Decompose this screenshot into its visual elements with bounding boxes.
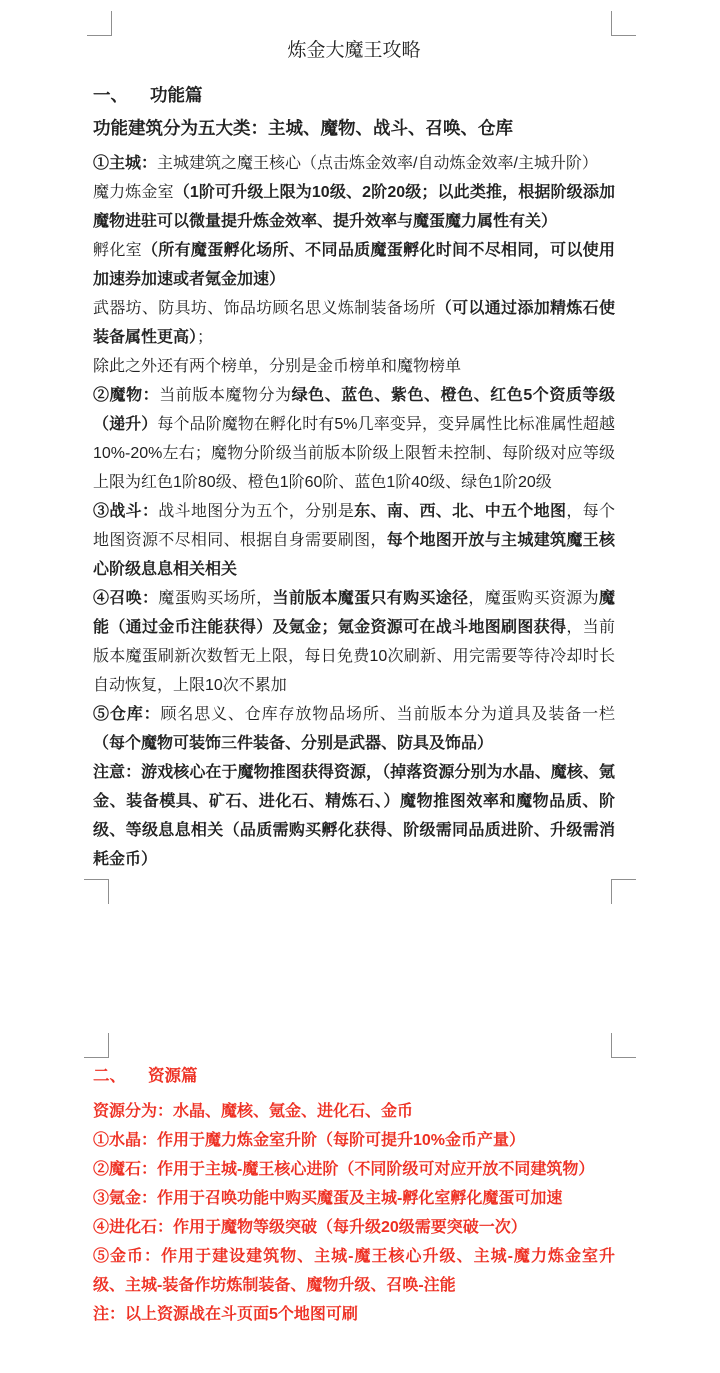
page1-top-right-margin-mark [611,11,636,36]
paragraph: ③氪金：作用于召唤功能中购买魔蛋及主城-孵化室孵化魔蛋可加速 [93,1184,615,1213]
paragraph: ②魔石：作用于主城-魔王核心进阶（不同阶级可对应开放不同建筑物） [93,1155,615,1184]
paragraph: 注：以上资源战在斗页面5个地图可刷 [93,1300,615,1329]
section1-paragraphs: ①主城：主城建筑之魔王核心（点击炼金效率/自动炼金效率/主城升阶）魔力炼金室（1… [93,149,615,874]
section1-heading-title: 功能篇 [150,85,203,105]
text-segment: 魔力炼金室 [93,184,174,201]
section2-heading: 二、资源篇 [93,1062,615,1091]
text-segment: 魔蛋购买场所， [158,590,272,607]
page2-top-right-margin-mark [611,1033,636,1058]
section2-heading-title: 资源篇 [148,1067,198,1085]
bold-text-segment: ②魔物： [93,387,159,404]
text-segment: 战斗地图分为五个，分别是 [158,503,354,520]
bold-text-segment: ⑤金币：作用于建设建筑物、主城-魔王核心升级、主城-魔力炼金室升级、主城-装备作… [93,1248,615,1294]
paragraph: ⑤仓库：顾名思义、仓库存放物品场所、当前版本分为道具及装备一栏（每个魔物可装饰三… [93,700,615,758]
bold-text-segment: 东、南、西、北、中五个地图 [354,503,566,520]
paragraph: ②魔物：当前版本魔物分为绿色、蓝色、紫色、橙色、红色5个资质等级（递升）每个品阶… [93,381,615,497]
bold-text-segment: ②魔石：作用于主城-魔王核心进阶（不同阶级可对应开放不同建筑物） [93,1161,594,1178]
text-segment: 武器坊、防具坊、饰品坊顾名思义炼制装备场所 [93,300,436,317]
bold-text-segment: ③战斗： [93,503,158,520]
bold-text-segment: （所有魔蛋孵化场所、不同品质魔蛋孵化时间不尽相同，可以使用加速券加速或者氪金加速… [93,242,615,288]
document-page: 炼金大魔王攻略 一、功能篇 功能建筑分为五大类：主城、魔物、战斗、召唤、仓库 ①… [0,0,720,1373]
document-title: 炼金大魔王攻略 [93,36,615,66]
paragraph: 除此之外还有两个榜单，分别是金币榜单和魔物榜单 [93,352,615,381]
bold-text-segment: ⑤仓库： [93,706,160,723]
paragraph: ①水晶：作用于魔力炼金室升阶（每阶可提升10%金币产量） [93,1126,615,1155]
page1-bottom-right-margin-mark [611,879,636,904]
section1-heading: 一、功能篇 [93,80,615,110]
bold-text-segment: ④进化石：作用于魔物等级突破（每升级20级需要突破一次） [93,1219,527,1236]
page2-resource-section: 二、资源篇 资源分为：水晶、魔核、氪金、进化石、金币①水晶：作用于魔力炼金室升阶… [93,1062,615,1329]
bold-text-segment: ①水晶：作用于魔力炼金室升阶（每阶可提升10%金币产量） [93,1132,525,1149]
bold-text-segment: ①主城： [93,155,157,172]
paragraph: ⑤金币：作用于建设建筑物、主城-魔王核心升级、主城-魔力炼金室升级、主城-装备作… [93,1242,615,1300]
text-segment: 孵化室 [93,242,142,259]
paragraph: 资源分为：水晶、魔核、氪金、进化石、金币 [93,1097,615,1126]
bold-text-segment: 注：以上资源战在斗页面5个地图可刷 [93,1306,358,1323]
page1-top-left-margin-mark [87,11,112,36]
bold-text-segment: 当前版本魔蛋只有购买途径 [273,590,469,607]
text-segment: 除此之外还有两个榜单，分别是金币榜单和魔物榜单 [93,358,461,375]
page1-content: 炼金大魔王攻略 一、功能篇 功能建筑分为五大类：主城、魔物、战斗、召唤、仓库 ①… [93,36,615,874]
paragraph: 孵化室（所有魔蛋孵化场所、不同品质魔蛋孵化时间不尽相同，可以使用加速券加速或者氪… [93,236,615,294]
paragraph: 武器坊、防具坊、饰品坊顾名思义炼制装备场所（可以通过添加精炼石使装备属性更高）； [93,294,615,352]
text-segment: 当前版本魔物分为 [159,387,291,404]
bold-text-segment: ③氪金：作用于召唤功能中购买魔蛋及主城-孵化室孵化魔蛋可加速 [93,1190,562,1207]
text-segment: ，魔蛋购买资源为 [468,590,599,607]
section2-paragraphs: 资源分为：水晶、魔核、氪金、进化石、金币①水晶：作用于魔力炼金室升阶（每阶可提升… [93,1097,615,1329]
text-segment: 每个品阶魔物在孵化时有5%几率变异，变异属性比标准属性超越10%-20%左右；魔… [93,416,615,491]
bold-text-segment: ④召唤： [93,590,158,607]
section1-subheading: 功能建筑分为五大类：主城、魔物、战斗、召唤、仓库 [93,113,615,143]
section2-heading-number: 二、 [93,1062,126,1091]
bold-text-segment: 资源分为：水晶、魔核、氪金、进化石、金币 [93,1103,413,1120]
bold-text-segment: （每个魔物可装饰三件装备、分别是武器、防具及饰品） [93,735,493,752]
text-segment: 主城建筑之魔王核心（点击炼金效率/自动炼金效率/主城升阶） [157,155,598,172]
section1-heading-number: 一、 [93,80,128,110]
text-segment: ； [197,329,213,346]
paragraph: 注意：游戏核心在于魔物推图获得资源，（掉落资源分别为水晶、魔核、氪金、装备模具、… [93,758,615,874]
paragraph: ③战斗：战斗地图分为五个，分别是东、南、西、北、中五个地图，每个地图资源不尽相同… [93,497,615,584]
bold-text-segment: 注意：游戏核心在于魔物推图获得资源，（掉落资源分别为水晶、魔核、氪金、装备模具、… [93,764,615,868]
page1-bottom-left-margin-mark [84,879,109,904]
paragraph: ④进化石：作用于魔物等级突破（每升级20级需要突破一次） [93,1213,615,1242]
text-segment: 顾名思义、仓库存放物品场所、当前版本分为道具及装备一栏 [160,706,615,723]
paragraph: 魔力炼金室（1阶可升级上限为10级、2阶20级；以此类推，根据阶级添加魔物进驻可… [93,178,615,236]
paragraph: ①主城：主城建筑之魔王核心（点击炼金效率/自动炼金效率/主城升阶） [93,149,615,178]
page2-top-left-margin-mark [84,1033,109,1058]
paragraph: ④召唤：魔蛋购买场所，当前版本魔蛋只有购买途径，魔蛋购买资源为魔能（通过金币注能… [93,584,615,700]
